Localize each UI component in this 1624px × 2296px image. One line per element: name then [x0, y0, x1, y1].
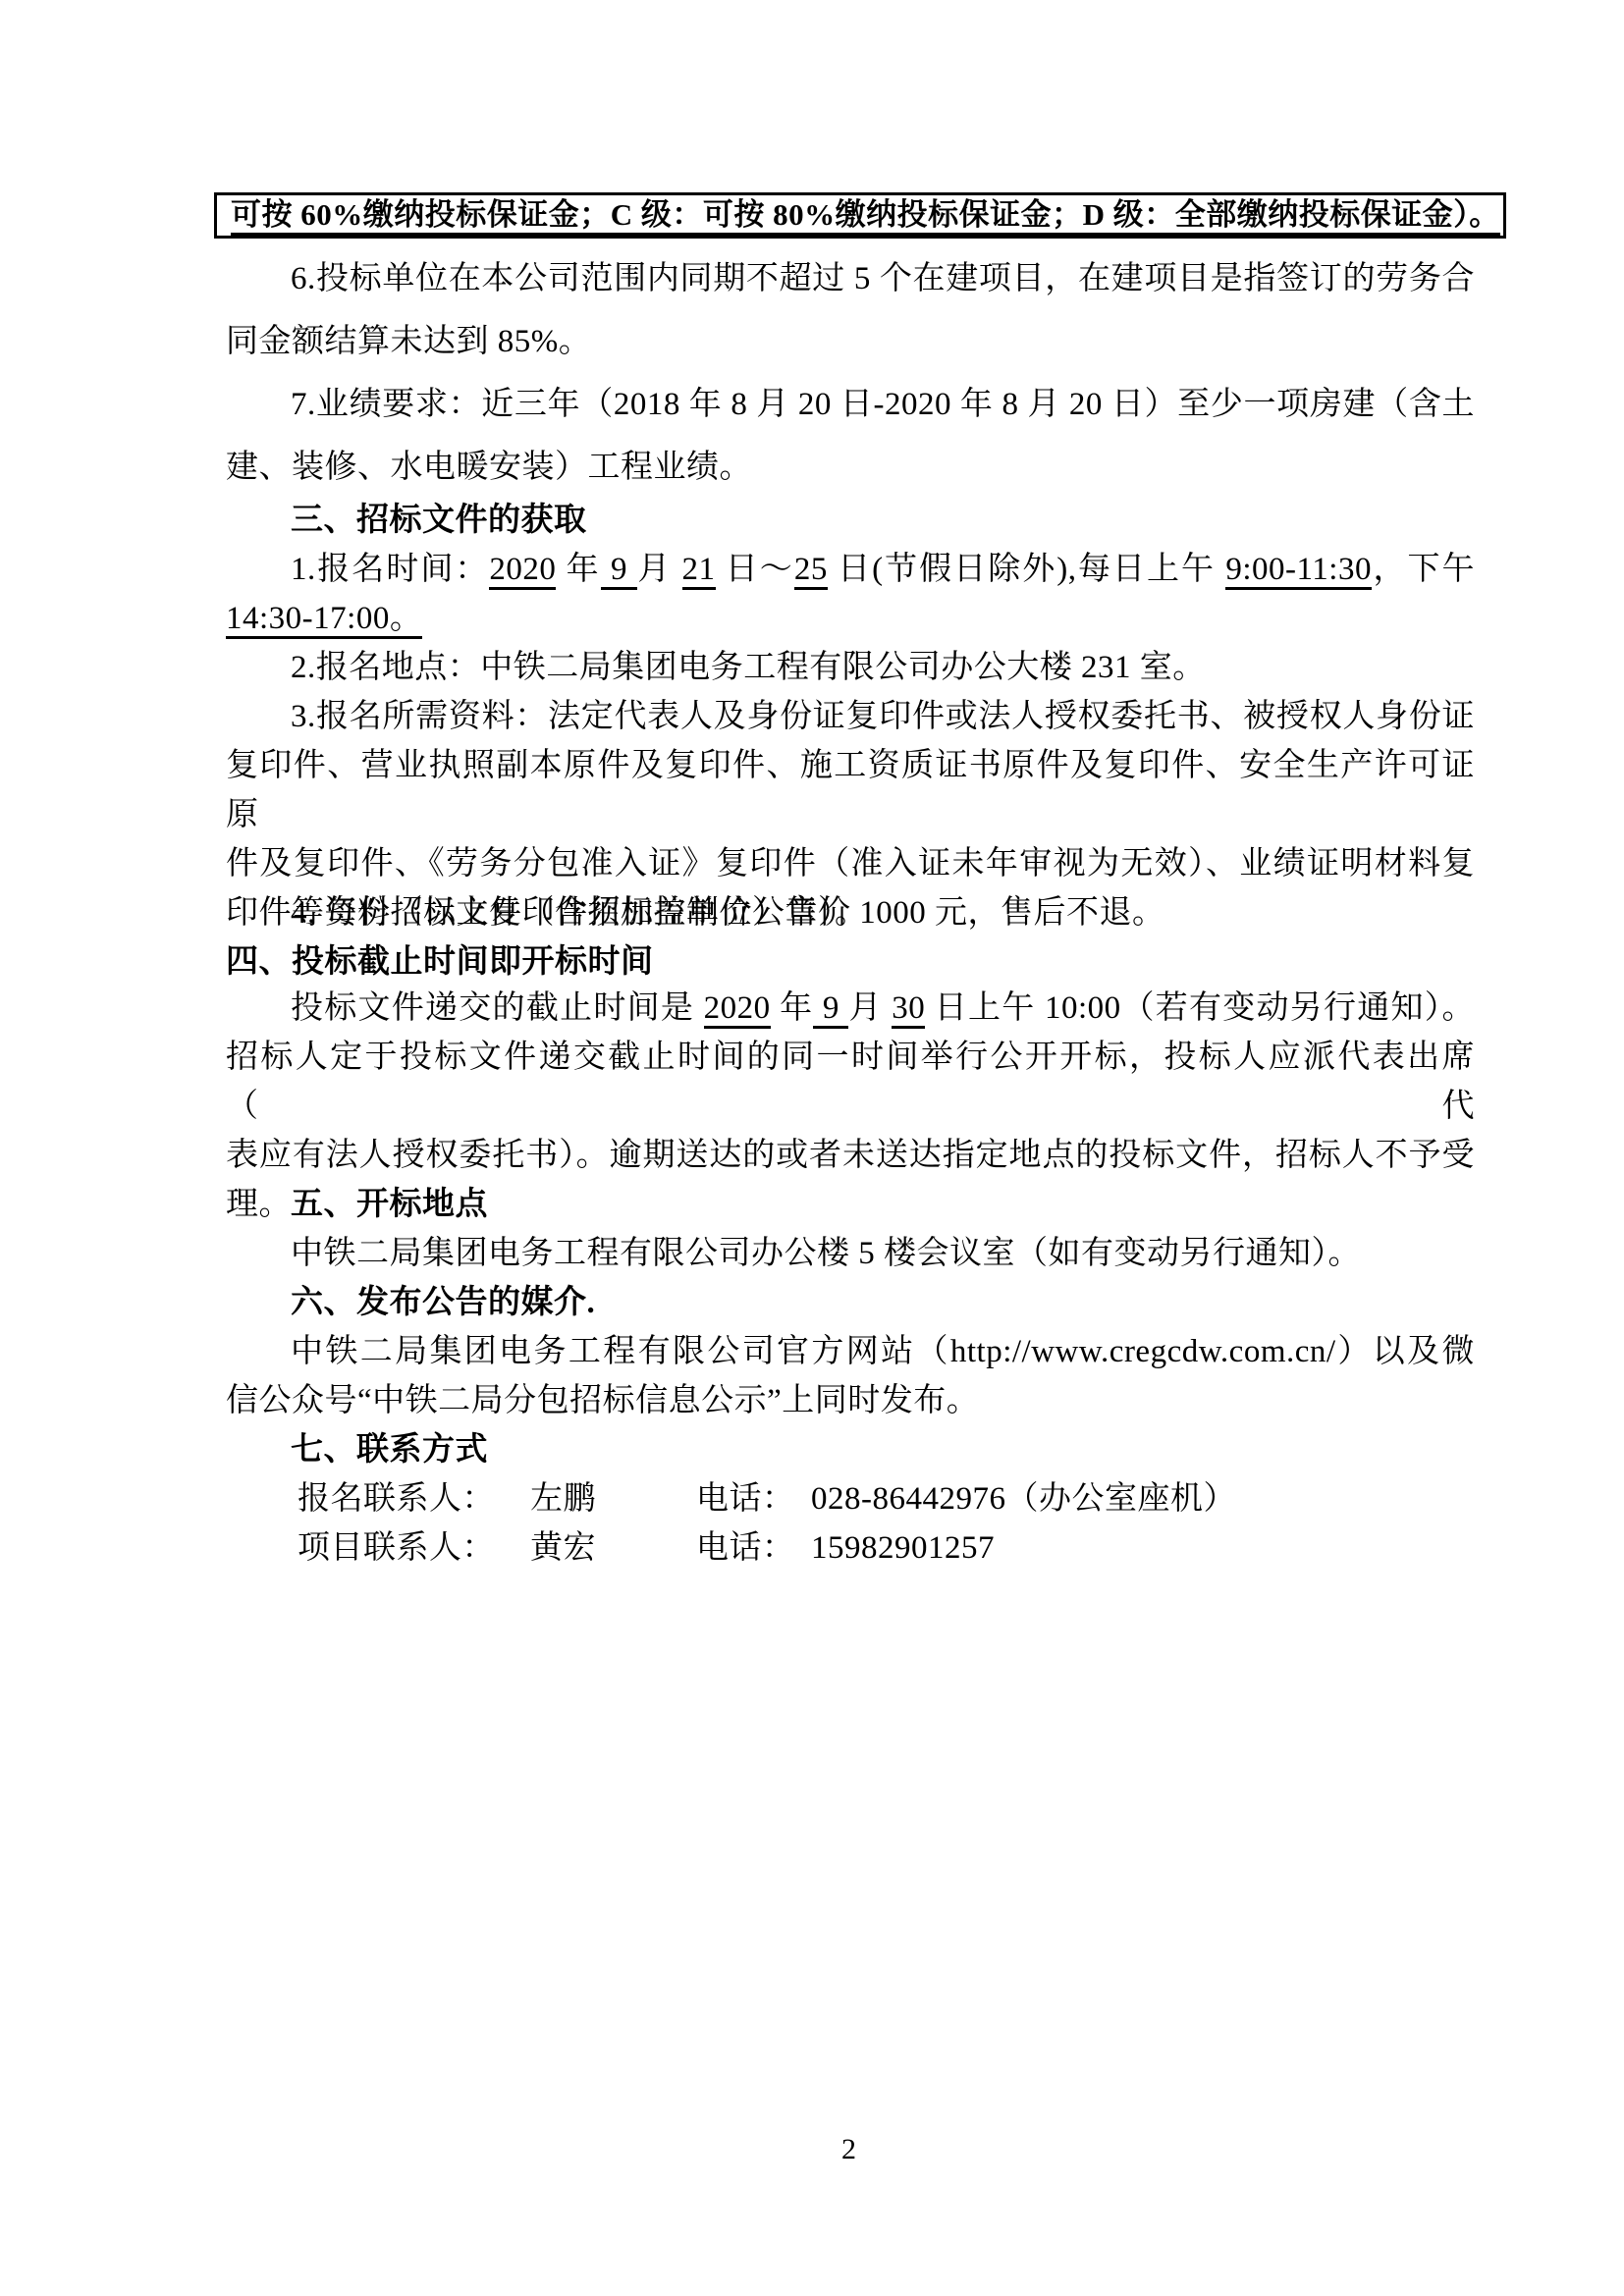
underlined-day-start: 21 [682, 552, 716, 590]
phone-number: 028-86442976（办公室座机） [811, 1474, 1236, 1523]
phone-label: 电话： [696, 1474, 811, 1523]
text-segment: 日上午 10:00（若有变动另行通知）。 [925, 990, 1475, 1026]
section-4-line-1: 投标文件递交的截止时间是 2020 年 9 月 30 日上午 10:00（若有变… [226, 984, 1475, 1033]
contact-name: 左鹏 [530, 1474, 696, 1523]
text-segment: ，下午 [1372, 552, 1475, 587]
contact-name: 黄宏 [530, 1523, 696, 1573]
contact-row-project: 项目联系人： 黄宏 电话： 15982901257 [226, 1523, 1546, 1573]
item-1-signup-time: 1.报名时间：2020 年 9 月 21 日～25 日(节假日除外),每日上午 … [226, 545, 1475, 643]
phone-number: 15982901257 [811, 1523, 995, 1573]
paragraph-6-line-2: 同金额结算未达到 85%。 [226, 310, 1475, 373]
section-3-heading: 三、招标文件的获取 [226, 496, 1475, 545]
text-segment: 1.报名时间： [291, 552, 489, 587]
section-6-line-2: 信公众号“中铁二局分包招标信息公示”上同时发布。 [226, 1376, 1475, 1425]
text-segment: 年 [556, 552, 600, 587]
underlined-year: 2020 [704, 990, 771, 1029]
underlined-day: 30 [892, 990, 925, 1029]
contact-role-label: 报名联系人： [298, 1474, 530, 1523]
underlined-month: 9 [813, 990, 848, 1029]
underlined-afternoon-hours: 14:30-17:00。 [226, 601, 422, 639]
text-segment: 月 [848, 990, 892, 1026]
section-4-line-3: 表应有法人授权委托书）。逾期送达的或者未送达指定地点的投标文件，招标人不予受 [226, 1131, 1475, 1180]
section-5-body: 中铁二局集团电务工程有限公司办公楼 5 楼会议室（如有变动另行通知）。 [226, 1229, 1475, 1278]
item-1-line-2: 14:30-17:00。 [226, 594, 1475, 643]
item-1-line-1: 1.报名时间：2020 年 9 月 21 日～25 日(节假日除外),每日上午 … [226, 545, 1475, 594]
phone-label: 电话： [696, 1523, 811, 1573]
section-4-heading: 四、投标截止时间即开标时间 [226, 937, 1475, 987]
item-3-line-1: 3.报名所需资料：法定代表人及身份证复印件或法人授权委托书、被授权人身份证 [226, 692, 1475, 741]
underlined-month: 9 [601, 552, 638, 590]
text-segment: 年 [771, 990, 814, 1026]
notice-box-text: 可按 60%缴纳投标保证金；C 级：可按 80%缴纳投标保证金；D 级：全部缴纳… [231, 197, 1500, 236]
section-6-paragraph: 中铁二局集团电务工程有限公司官方网站（http://www.cregcdw.co… [226, 1327, 1475, 1425]
text-segment: 日～ [716, 552, 794, 587]
item-2-signup-location: 2.报名地点：中铁二局集团电务工程有限公司办公大楼 231 室。 [226, 643, 1475, 692]
text-segment: 月 [637, 552, 681, 587]
paragraph-7-line-1: 7.业绩要求：近三年（2018 年 8 月 20 日-2020 年 8 月 20… [226, 373, 1475, 436]
underlined-morning-hours: 9:00-11:30 [1225, 552, 1372, 590]
paragraph-7: 7.业绩要求：近三年（2018 年 8 月 20 日-2020 年 8 月 20… [226, 373, 1475, 499]
paragraph-6: 6.投标单位在本公司范围内同期不超过 5 个在建项目，在建项目是指签订的劳务合 … [226, 247, 1475, 373]
item-4-document-price: 4. 每份招标文件（含招标控制价）售价 1000 元，售后不退。 [226, 888, 1475, 937]
item-3-line-2: 复印件、营业执照副本原件及复印件、施工资质证书原件及复印件、安全生产许可证原 [226, 741, 1475, 839]
document-page: 可按 60%缴纳投标保证金；C 级：可按 80%缴纳投标保证金；D 级：全部缴纳… [0, 0, 1624, 2296]
paragraph-6-line-1: 6.投标单位在本公司范围内同期不超过 5 个在建项目，在建项目是指签订的劳务合 [226, 247, 1475, 310]
section-4-line-2: 招标人定于投标文件递交截止时间的同一时间举行公开开标，投标人应派代表出席（代 [226, 1033, 1475, 1131]
underlined-day-end: 25 [794, 552, 828, 590]
text-segment: 投标文件递交的截止时间是 [291, 990, 704, 1026]
contact-row-signup: 报名联系人： 左鹏 电话： 028-86442976（办公室座机） [226, 1474, 1546, 1523]
item-3-line-3: 件及复印件、《劳务分包准入证》复印件（准入证未年审视为无效）、业绩证明材料复 [226, 839, 1475, 888]
contact-role-label: 项目联系人： [298, 1523, 530, 1573]
underlined-year: 2020 [489, 552, 556, 590]
text-segment: 日(节假日除外),每日上午 [828, 552, 1226, 587]
section-6-heading: 六、发布公告的媒介. [226, 1278, 1475, 1327]
paragraph-7-line-2: 建、装修、水电暖安装）工程业绩。 [226, 436, 1475, 499]
page-number: 2 [0, 2128, 1624, 2171]
notice-box: 可按 60%缴纳投标保证金；C 级：可按 80%缴纳投标保证金；D 级：全部缴纳… [214, 192, 1506, 239]
section-6-line-1: 中铁二局集团电务工程有限公司官方网站（http://www.cregcdw.co… [226, 1327, 1475, 1376]
section-7-heading: 七、联系方式 [226, 1425, 1475, 1474]
section-5-heading: 五、开标地点 [226, 1180, 1475, 1229]
